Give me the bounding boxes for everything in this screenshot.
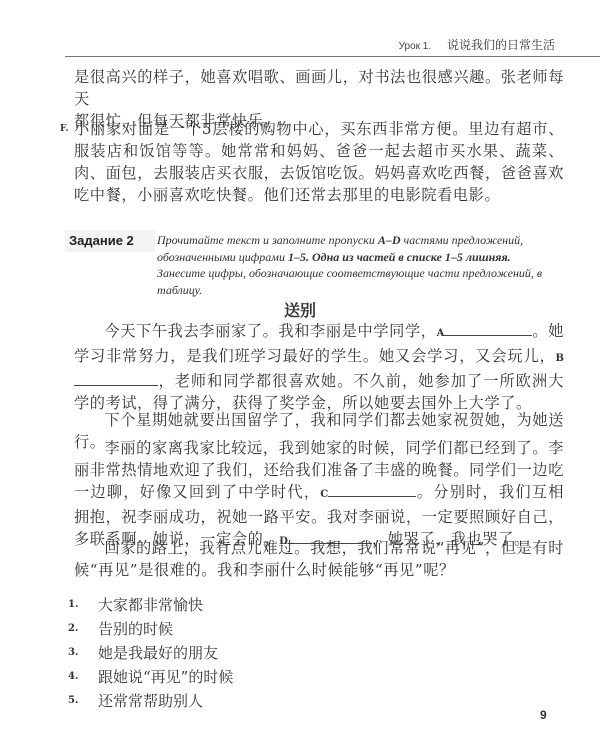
section-label-f: F. [60,124,69,134]
story-title: 送别 [0,298,600,321]
option-text: 她是我最好的朋友 [98,642,218,663]
instruction-bold: 1–5. Одна из частей в списке 1–5 лишняя. [288,250,511,264]
option-number: 3. [68,647,98,658]
story-paragraph-4: 回家的路上，我有点儿难过。我想，我们常常说“再见”，但是有时候“再见”是很难的。… [74,537,564,581]
story-paragraph-3: 李丽的家离我家比较远，我到她家的时候，同学们都已经到了。李丽非常热情地欢迎了我们… [74,437,564,553]
option-item: 2.告别的时候 [68,616,233,640]
blank-b-field[interactable] [74,371,158,386]
option-item: 5.还常常帮助别人 [68,688,233,712]
option-text: 告别的时候 [98,618,173,639]
option-text: 大家都非常愉快 [98,594,203,615]
page-header: Урок 1. 说说我们的日常生活 [65,0,600,57]
option-item: 4.跟她说“再见”的时候 [68,664,233,688]
page-number: 9 [540,708,547,722]
task-block: Задание 2 Прочитайте текст и заполните п… [65,230,555,285]
task-instruction: Прочитайте текст и заполните пропуски A–… [157,232,557,298]
story-text: 今天下午我去李丽家了。我和李丽是中学同学， [104,322,436,340]
task-label: Задание 2 [65,230,155,252]
paragraph-line: 是很高兴的样子，她喜欢唱歌、画画儿，对书法也很感兴趣。张老师每天 [74,66,564,110]
option-text: 跟她说“再见”的时候 [98,666,233,687]
blank-a-field[interactable] [444,321,532,336]
blank-label-b: B [556,353,564,364]
option-text: 还常常帮助别人 [98,690,203,711]
blank-label-c: C [320,489,328,500]
section-f-text: 小丽家对面是一个5层楼的购物中心，买东西非常方便。里边有超市、服装店和饭馆等等。… [74,118,564,206]
story-paragraph-1: 今天下午我去李丽家了。我和李丽是中学同学，A。她学习非常努力，是我们班学习最好的… [74,320,564,414]
option-number: 5. [68,695,98,706]
lesson-number: Урок 1. [399,41,432,52]
blank-label-a: A [437,328,445,339]
option-item: 1.大家都非常愉快 [68,592,233,616]
running-head: Урок 1. 说说我们的日常生活 [399,36,555,53]
instruction-bold: A–D [378,233,401,247]
options-list: 1.大家都非常愉快 2.告别的时候 3.她是我最好的朋友 4.跟她说“再见”的时… [68,592,233,712]
option-number: 1. [68,599,98,610]
instruction-text: Прочитайте текст и заполните пропуски [157,233,378,247]
lesson-title: 说说我们的日常生活 [447,38,555,52]
option-item: 3.她是我最好的朋友 [68,640,233,664]
option-number: 2. [68,623,98,634]
option-number: 4. [68,671,98,682]
blank-c-field[interactable] [328,482,416,497]
instruction-text: Занесите цифры, обозначающие соответству… [157,266,542,297]
